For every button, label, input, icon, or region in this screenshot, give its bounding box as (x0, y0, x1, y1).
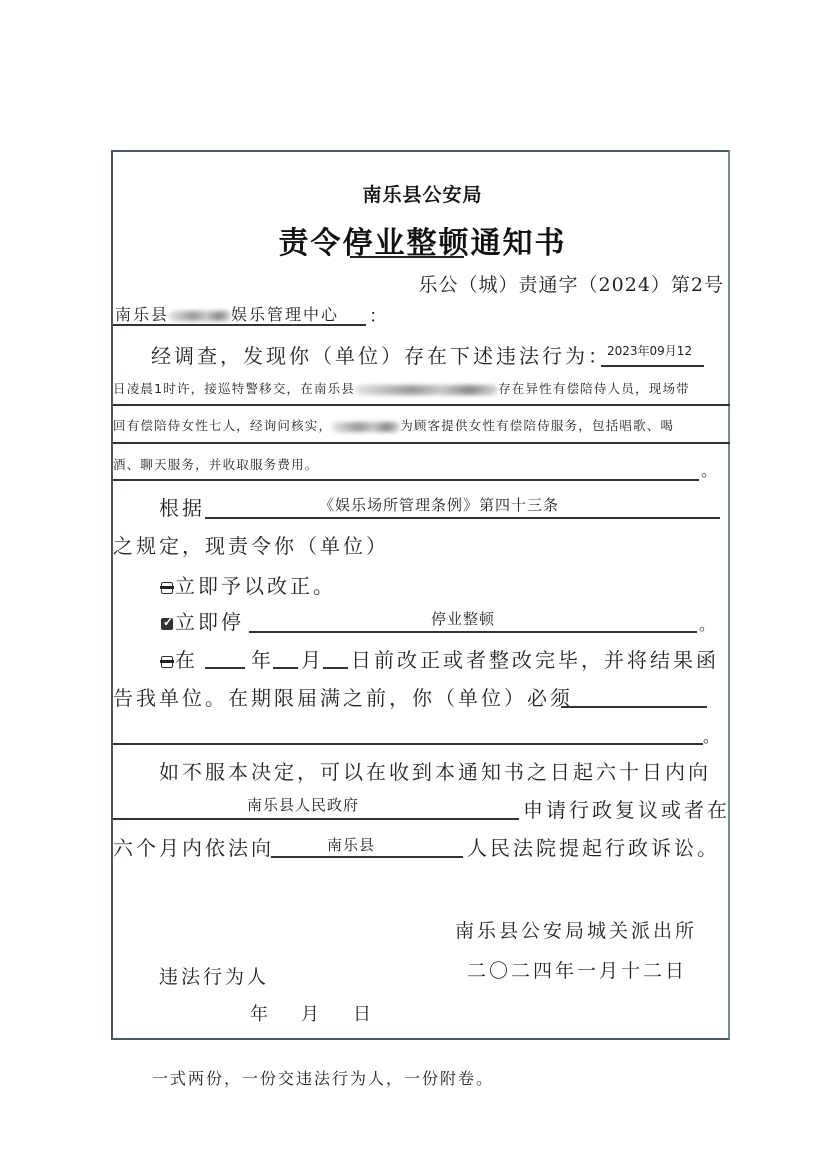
deadline-text: 日前改正或者整改完毕，并将结果函 (351, 644, 719, 673)
checkbox-struck-icon[interactable] (161, 582, 173, 594)
suspend-fill: 停业整顿 (431, 608, 495, 629)
option-suspend-business: 立即停 (161, 606, 244, 635)
violator-date-day: 日 (353, 1000, 374, 1026)
basis-underline (205, 517, 720, 519)
appeal-line-3-head: 六个月内依法向 (113, 832, 274, 861)
violator-signature-label: 违法行为人 (159, 962, 269, 989)
basis-label: 根据 (159, 492, 205, 521)
violator-date-year: 年 (250, 1000, 271, 1026)
violation-text-1a: 日凌晨1时许，接巡特警移交，在南乐县 (113, 381, 355, 396)
year-label: 年 (251, 644, 274, 673)
deadline-line: 告我单位。在期限届满之前，你（单位）必须 (113, 682, 573, 711)
court-underline (271, 856, 463, 858)
checkbox-struck-icon[interactable] (161, 656, 173, 668)
appeal-line-2: 申请行政复议或者在 (523, 794, 730, 823)
title-underline (350, 256, 464, 258)
month-label: 月 (301, 644, 324, 673)
violation-text-1b: 存在异性有偿陪侍人员，现场带 (498, 381, 690, 396)
recipient-suffix: 娱乐管理中心 (231, 305, 339, 324)
appeal-line-3-tail: 人民法院提起行政诉讼。 (467, 832, 720, 861)
issuing-agency: 南乐县公安局 (113, 180, 732, 207)
redacted-entity (332, 422, 400, 432)
recipient-line: 南乐县娱乐管理中心 (115, 302, 339, 325)
investigation-lead: 经调查，发现你（单位）存在下述违法行为： (151, 340, 611, 369)
day-blank (323, 667, 348, 669)
appeal-line-1: 如不服本决定，可以在收到本通知书之日起六十日内向 (159, 756, 711, 785)
deadline-underline-1 (561, 706, 707, 708)
violation-text-2a: 回有偿陪侍女性七人，经询问核实， (113, 418, 332, 433)
violation-end-mark: 。 (701, 458, 720, 481)
court-name: 南乐县 (327, 834, 375, 855)
deadline-end-mark: 。 (703, 724, 722, 747)
violation-underline-2 (113, 442, 730, 444)
year-blank (205, 667, 245, 669)
violation-line-1: 日凌晨1时许，接巡特警移交，在南乐县存在异性有偿陪侍人员，现场带 (113, 379, 690, 397)
redacted-name (169, 311, 231, 321)
review-authority: 南乐县人民政府 (247, 794, 359, 815)
violation-underline-1 (113, 404, 730, 406)
legal-basis: 《娱乐场所管理条例》第四十三条 (319, 494, 559, 515)
option-label: 在 (175, 648, 198, 672)
violation-date: 2023年09月12 (607, 342, 692, 359)
month-blank (273, 667, 298, 669)
violation-underline-3 (113, 479, 699, 481)
violation-text-2b: 为顾客提供女性有偿陪侍服务，包括唱歌、喝 (400, 418, 674, 433)
option-deadline: 在 (161, 644, 198, 673)
document-number: 乐公（城）责通字（2024）第2号 (419, 270, 724, 297)
recipient-underline (113, 324, 366, 326)
suspend-underline (249, 631, 697, 633)
review-authority-underline (113, 818, 519, 820)
recipient-prefix: 南乐县 (115, 305, 169, 324)
suspend-end-mark: 。 (699, 612, 718, 635)
issue-date: 二〇二四年一月十二日 (467, 956, 687, 983)
option-label: 立即予以改正。 (175, 574, 336, 598)
copies-note: 一式两份，一份交违法行为人，一份附卷。 (152, 1066, 494, 1089)
violation-line-2: 回有偿陪侍女性七人，经询问核实，为顾客提供女性有偿陪侍服务，包括唱歌、喝 (113, 416, 674, 434)
date-underline (601, 365, 704, 367)
violation-line-3: 酒、聊天服务，并收取服务费用。 (113, 455, 319, 473)
issuing-unit: 南乐县公安局城关派出所 (455, 916, 697, 943)
option-label: 立即停 (175, 610, 244, 634)
violator-date-month: 月 (301, 1000, 322, 1026)
checkbox-checked-icon[interactable] (161, 618, 173, 630)
notice-form-frame: 南乐县公安局 责令停业整顿通知书 乐公（城）责通字（2024）第2号 南乐县娱乐… (111, 150, 730, 1040)
redacted-location (355, 385, 498, 395)
recipient-colon: ： (369, 302, 390, 328)
option-correct-immediately: 立即予以改正。 (161, 570, 336, 599)
deadline-underline-2 (113, 743, 703, 745)
basis-continuation: 之规定，现责令你（单位） (113, 530, 389, 559)
